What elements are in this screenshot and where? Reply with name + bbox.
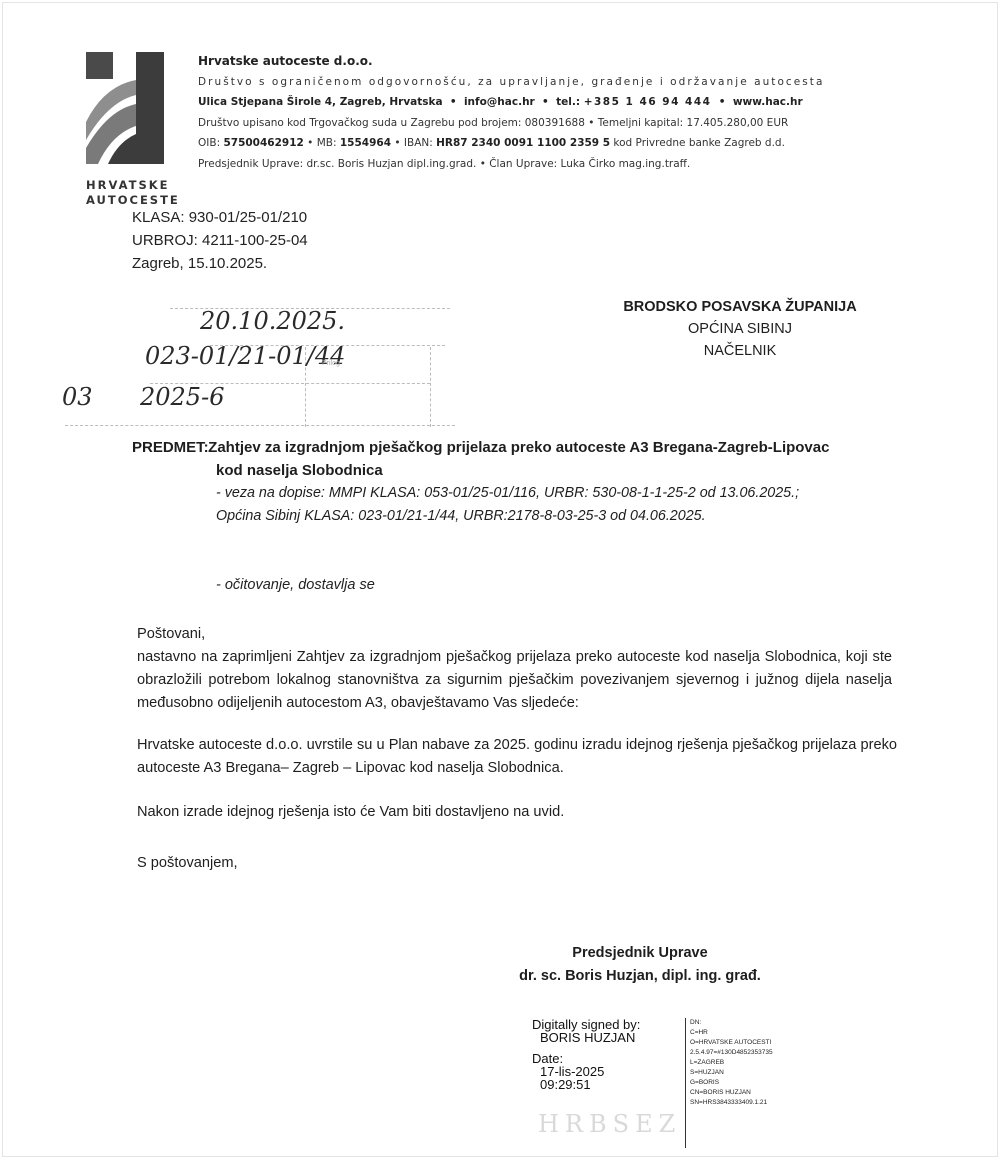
receipt-stamp: 20.10.2025. 023-01/21-01/44 03 2025-6 Pr… (60, 305, 405, 430)
company-description: Društvo s ograničenom odgovornošću, za u… (198, 72, 824, 93)
place-date: Zagreb, 15.10.2025. (132, 252, 308, 275)
body-paragraph-3: Nakon izrade idejnog rješenja isto će Va… (137, 804, 564, 820)
dn-line: CN=BORIS HUZJAN (690, 1088, 773, 1098)
signatory-block: Predsjednik Uprave dr. sc. Boris Huzjan,… (500, 942, 780, 988)
logo-wordmark: HRVATSKE AUTOCESTE (86, 178, 180, 208)
subject-label: PREDMET: (132, 436, 204, 459)
body-paragraph-2: Hrvatske autoceste d.o.o. uvrstile su u … (137, 734, 897, 780)
dn-line: O=HRVATSKE AUTOCESTI (690, 1038, 773, 1048)
iban-value: HR87 2340 0091 1100 2359 5 (436, 137, 610, 149)
registry-info: Društvo upisano kod Trgovačkog suda u Za… (198, 113, 824, 134)
stamp-urbroj-prefix: 03 (62, 383, 93, 411)
mb-value: 1554964 (340, 137, 391, 149)
letterhead: Hrvatske autoceste d.o.o. Društvo s ogra… (198, 51, 824, 174)
phone-number: +385 1 46 94 444 (584, 96, 712, 108)
dn-line: L=ZAGREB (690, 1058, 773, 1068)
signature-time: 09:29:51 (532, 1078, 640, 1091)
dn-line: DN: (690, 1018, 773, 1028)
email-link[interactable]: info@hac.hr (464, 96, 535, 108)
closing: S poštovanjem, (137, 855, 238, 871)
stamp-prilog-label: Prilog (322, 360, 340, 367)
klasa: KLASA: 930-01/25-01/210 (132, 206, 308, 229)
dn-line: G=BORIS (690, 1078, 773, 1088)
stamp-urbroj-suffix: 2025-6 (140, 383, 224, 411)
bank-info: OIB: 57500462912 • MB: 1554964 • IBAN: H… (198, 133, 824, 154)
recipient-role: NAČELNIK (600, 340, 880, 362)
signed-by-name: BORIS HUZJAN (532, 1031, 640, 1044)
dn-line: S=HUZJAN (690, 1068, 773, 1078)
stamp-date: 20.10.2025. (200, 307, 345, 335)
subject-reference-line1: - veza na dopise: MMPI KLASA: 053-01/25-… (216, 482, 829, 505)
stamp-klasa: 023-01/21-01/44 (145, 342, 345, 370)
website-link[interactable]: www.hac.hr (733, 96, 803, 108)
dn-line: SN=HRS3843333409.1.21 (690, 1098, 773, 1108)
dn-line: C=HR (690, 1028, 773, 1038)
iban-label: IBAN: (404, 137, 433, 149)
logo-text-line1: HRVATSKE (86, 178, 180, 193)
subject-reference-line2: Općina Sibinj KLASA: 023-01/21-1/44, URB… (216, 505, 829, 528)
bank-name: kod Privredne banke Zagreb d.d. (613, 137, 785, 149)
contact-line: Ulica Stjepana Širole 4, Zagreb, Hrvatsk… (198, 92, 824, 113)
management-info: Predsjednik Uprave: dr.sc. Boris Huzjan … (198, 154, 824, 175)
tel-label: tel.: (556, 96, 580, 108)
certificate-dn: DN: C=HR O=HRVATSKE AUTOCESTI 2.5.4.97=#… (685, 1018, 773, 1148)
recipient-block: BRODSKO POSAVSKA ŽUPANIJA OPĆINA SIBINJ … (600, 296, 880, 362)
greeting: Poštovani, (137, 623, 892, 646)
digital-signature: Digitally signed by: BORIS HUZJAN Date: … (532, 1018, 640, 1091)
recipient-municipality: OPĆINA SIBINJ (600, 318, 880, 340)
letter-body: Poštovani, nastavno na zaprimljeni Zahtj… (137, 623, 892, 715)
subject-title-line2: kod naselja Slobodnica (216, 459, 829, 482)
oib-value: 57500462912 (223, 137, 303, 149)
signatory-name: dr. sc. Boris Huzjan, dipl. ing. građ. (500, 965, 780, 988)
faded-signature-mark: HRBSEZ (538, 1110, 681, 1138)
company-name: Hrvatske autoceste d.o.o. (198, 51, 824, 72)
body-paragraph-1: nastavno na zaprimljeni Zahtjev za izgra… (137, 646, 892, 715)
reference-block: KLASA: 930-01/25-01/210 URBROJ: 4211-100… (132, 206, 308, 275)
address: Ulica Stjepana Širole 4, Zagreb, Hrvatsk… (198, 96, 443, 108)
mb-label: MB: (317, 137, 337, 149)
recipient-county: BRODSKO POSAVSKA ŽUPANIJA (600, 296, 880, 318)
oib-label: OIB: (198, 137, 220, 149)
urbroj: URBROJ: 4211-100-25-04 (132, 229, 308, 252)
dn-line: 2.5.4.97=#130D4852353735 (690, 1048, 773, 1058)
subject-block: PREDMET: Zahtjev za izgradnjom pješačkog… (132, 436, 829, 528)
hac-logo-icon (84, 50, 170, 170)
subject-title-line1: Zahtjev za izgradnjom pješačkog prijelaz… (208, 439, 829, 456)
signatory-title: Predsjednik Uprave (500, 942, 780, 965)
subject-note: - očitovanje, dostavlja se (216, 577, 375, 593)
